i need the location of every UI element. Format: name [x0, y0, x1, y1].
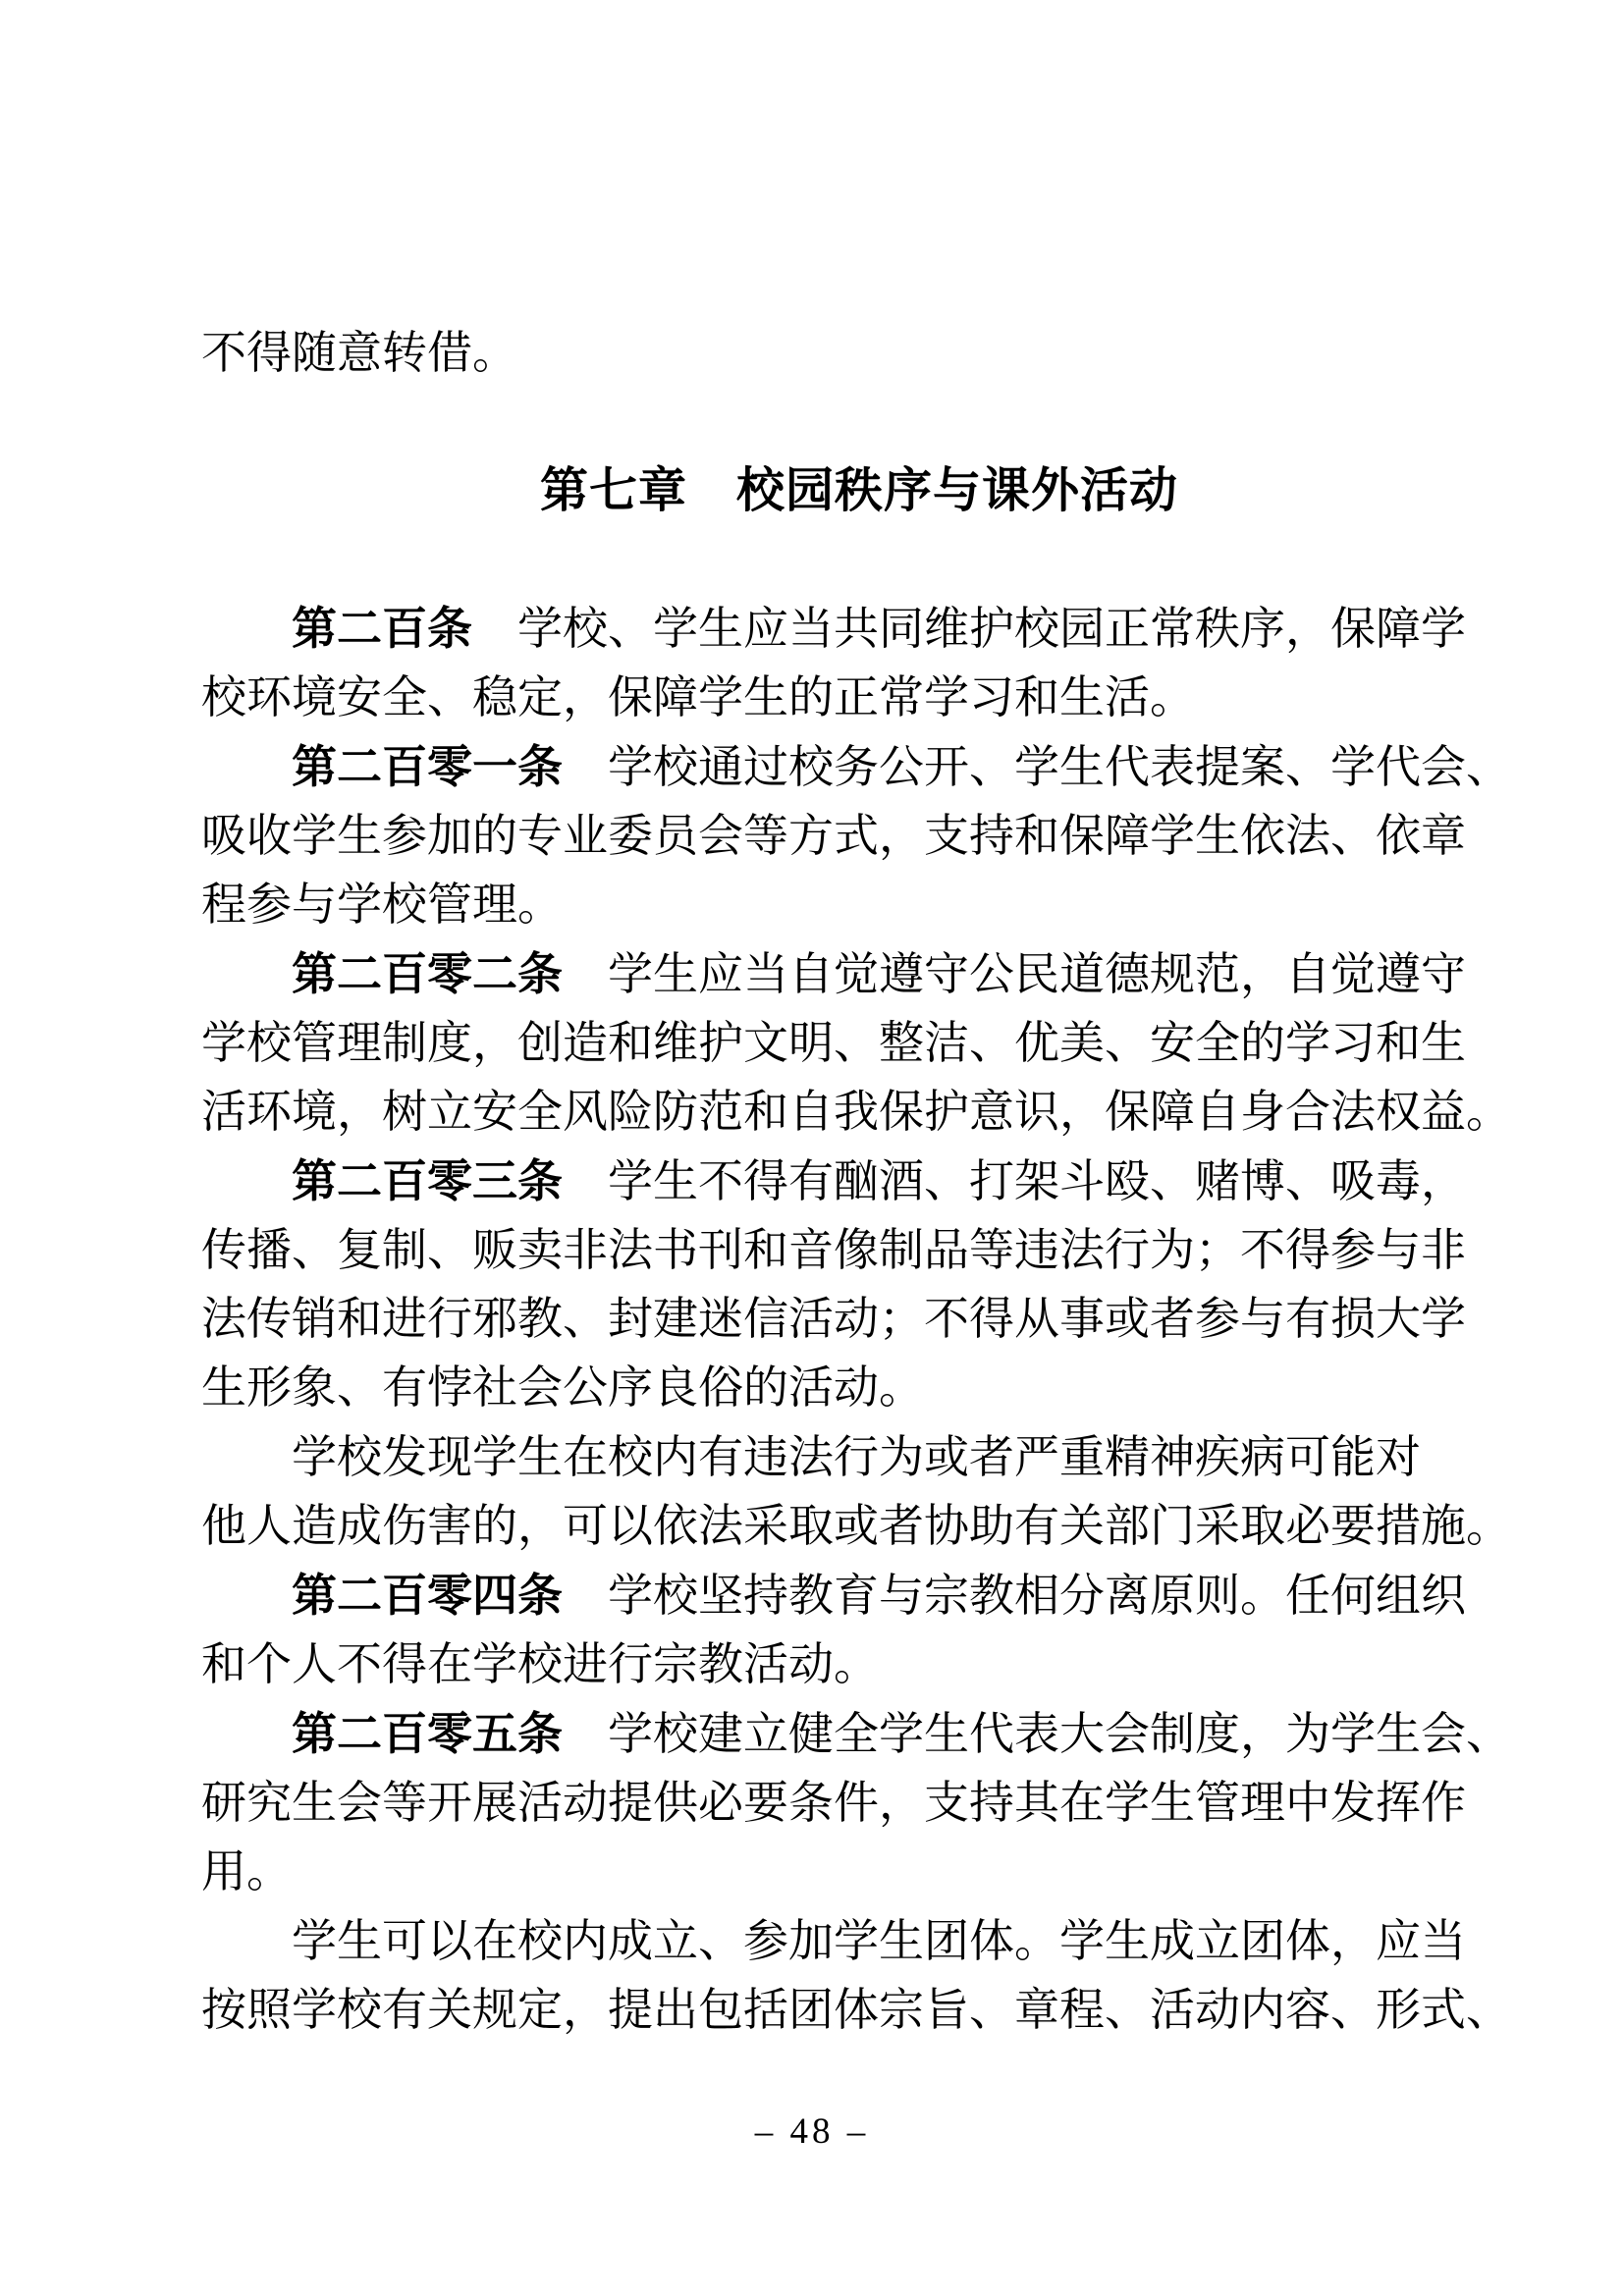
article-paragraph-200: 第二百条 学校、学生应当共同维护校园正常秩序，保障学 校环境安全、稳定，保障学生…: [201, 594, 1517, 732]
article-text: 学生可以在校内成立、参加学生团体。学生成立团体，应当 按照学校有关规定，提出包括…: [201, 1916, 1511, 2035]
article-number: 第二百零四条: [292, 1570, 563, 1621]
article-text: 学校发现学生在校内有违法行为或者严重精神疾病可能对 他人造成伤害的，可以依法采取…: [201, 1432, 1511, 1551]
article-paragraph-203-cont: 学校发现学生在校内有违法行为或者严重精神疾病可能对 他人造成伤害的，可以依法采取…: [201, 1422, 1517, 1561]
article-number: 第二百零一条: [292, 741, 563, 792]
document-page: 不得随意转借。 第七章 校园秩序与课外活动 第二百条 学校、学生应当共同维护校园…: [0, 0, 1624, 2296]
article-paragraph-203: 第二百零三条 学生不得有酗酒、打架斗殴、赌博、吸毒， 传播、复制、贩卖非法书刊和…: [201, 1147, 1517, 1422]
page-number: – 48 –: [0, 2110, 1624, 2154]
article-number: 第二百条: [292, 603, 472, 654]
paragraph-continuation: 不得随意转借。: [201, 319, 1517, 388]
article-paragraph-204: 第二百零四条 学校坚持教育与宗教相分离原则。任何组织 和个人不得在学校进行宗教活…: [201, 1561, 1517, 1699]
article-number: 第二百零三条: [292, 1155, 563, 1206]
article-paragraph-202: 第二百零二条 学生应当自觉遵守公民道德规范，自觉遵守 学校管理制度，创造和维护文…: [201, 939, 1517, 1147]
article-paragraph-201: 第二百零一条 学校通过校务公开、学生代表提案、学代会、 吸收学生参加的专业委员会…: [201, 732, 1517, 939]
article-paragraph-205: 第二百零五条 学校建立健全学生代表大会制度，为学生会、 研究生会等开展活动提供必…: [201, 1699, 1517, 1906]
chapter-heading: 第七章 校园秩序与课外活动: [201, 456, 1517, 525]
article-paragraph-205-cont: 学生可以在校内成立、参加学生团体。学生成立团体，应当 按照学校有关规定，提出包括…: [201, 1906, 1517, 2045]
article-number: 第二百零二条: [292, 948, 563, 999]
document-content: 不得随意转借。 第七章 校园秩序与课外活动 第二百条 学校、学生应当共同维护校园…: [201, 319, 1517, 2045]
article-number: 第二百零五条: [292, 1708, 563, 1759]
